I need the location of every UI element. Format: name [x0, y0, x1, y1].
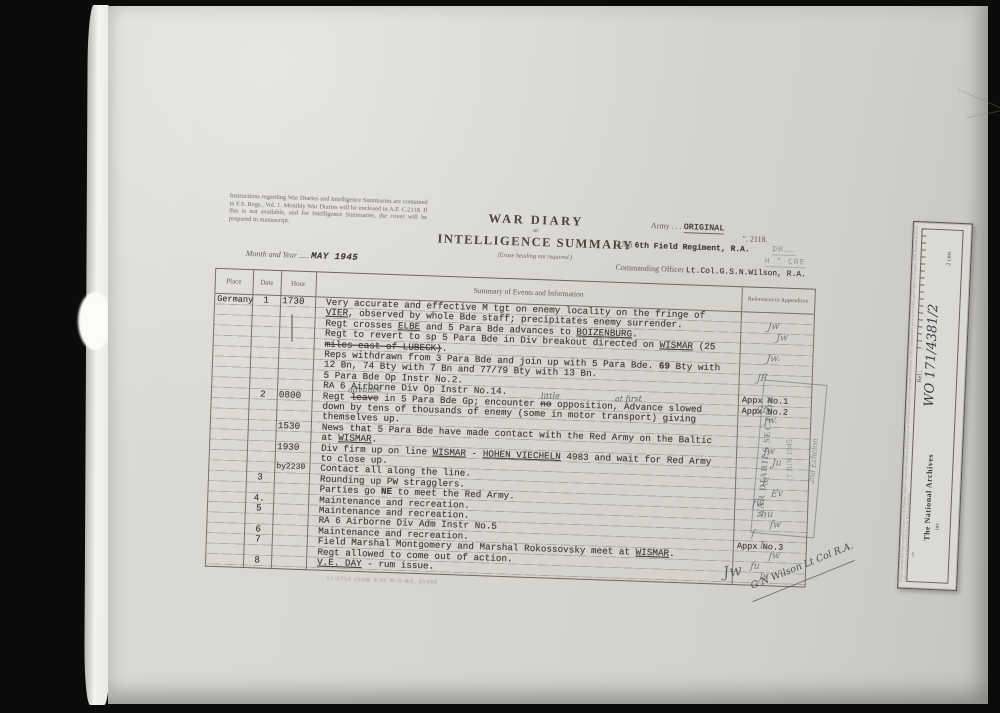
faded-stamp-fragment: DR……: [772, 245, 796, 256]
handwritten-initials: Jw: [776, 332, 789, 344]
scanned-war-diary-photo: { "header": { "instructions": "Instructi…: [0, 0, 1000, 713]
handwritten-initials: Jw: [767, 321, 780, 333]
date-cell: 8: [243, 555, 271, 566]
month-label: Month and Year: [246, 249, 298, 260]
month-dots: .....: [299, 251, 309, 260]
handwritten-correction: advance: [348, 385, 382, 395]
ruler-ins-label: ins: [935, 523, 941, 530]
hour-cell: 0800: [279, 390, 302, 401]
hour-cell: 1730: [282, 296, 305, 307]
page-clip-highlight: [78, 292, 112, 350]
ruler-cms-label: 2 cms: [946, 251, 953, 265]
handwritten-initials: Jw.: [766, 352, 781, 365]
month-value: MAY 1945: [311, 251, 359, 263]
summary-line: V.E. DAY - rum issue.: [317, 558, 434, 572]
stamp-date: 7 JUN 1945: [784, 440, 794, 479]
ruler-number: 1: [911, 552, 914, 558]
col-header-references: References to Appendices: [741, 287, 815, 314]
army-form-line: Army . . . ORIGINAL: [651, 221, 725, 234]
place-cell: Germany: [217, 294, 253, 306]
original-stamp: ORIGINAL: [683, 222, 724, 234]
war-diaries-section-stamp: WAR DIARIES SECTION 7 JUN 1945 2nd Echel…: [750, 379, 827, 538]
stamp-text: 2nd Echelon: [806, 438, 820, 484]
date-cell: 3: [246, 472, 274, 483]
date-cell: 1: [252, 295, 280, 306]
army-label: Army . . .: [651, 221, 682, 231]
signature-block: Jw G N Wilson Lt Col R.A.: [720, 544, 882, 600]
month-and-year-line: Month and Year ..... MAY 1945: [246, 249, 359, 263]
army-form-number: ″. 2118.: [742, 234, 767, 244]
hour-cell: by2230: [276, 462, 305, 473]
war-diary-form: Instructions regarding War Diaries and I…: [207, 190, 861, 632]
date-cell: 2: [249, 389, 277, 400]
col-header-date: Date: [252, 270, 281, 295]
pencil-mark: [966, 110, 999, 118]
handwritten-correction: little: [541, 392, 560, 401]
form-instructions: Instructions regarding War Diaries and I…: [229, 192, 428, 229]
summary-line: News that 5 Para Bde have made contact w…: [322, 422, 713, 446]
pencil-mark: [958, 89, 1000, 109]
diary-table: Place Date Hour Summary of Events and In…: [205, 268, 816, 588]
co-value: Lt.Col.G.S.N.Wilson, R.A.: [686, 266, 806, 279]
date-cell: 5: [245, 503, 273, 514]
col-header-place: Place: [214, 269, 253, 294]
unit-value: 6th Field Regiment, R.A.: [634, 241, 749, 254]
faded-stamp-fragment: H ″ CRE: [765, 257, 806, 268]
hour-cell: 1530: [278, 421, 301, 432]
hour-cell: 1930: [277, 442, 300, 453]
unit-label: Unit: [618, 240, 633, 249]
col-header-hour: Hour: [280, 271, 316, 296]
date-cell: 7: [244, 534, 272, 545]
signature-flourish: Jw: [722, 561, 743, 581]
co-label: Commanding Officer: [615, 263, 684, 274]
handwritten-correction: at first: [615, 394, 642, 403]
